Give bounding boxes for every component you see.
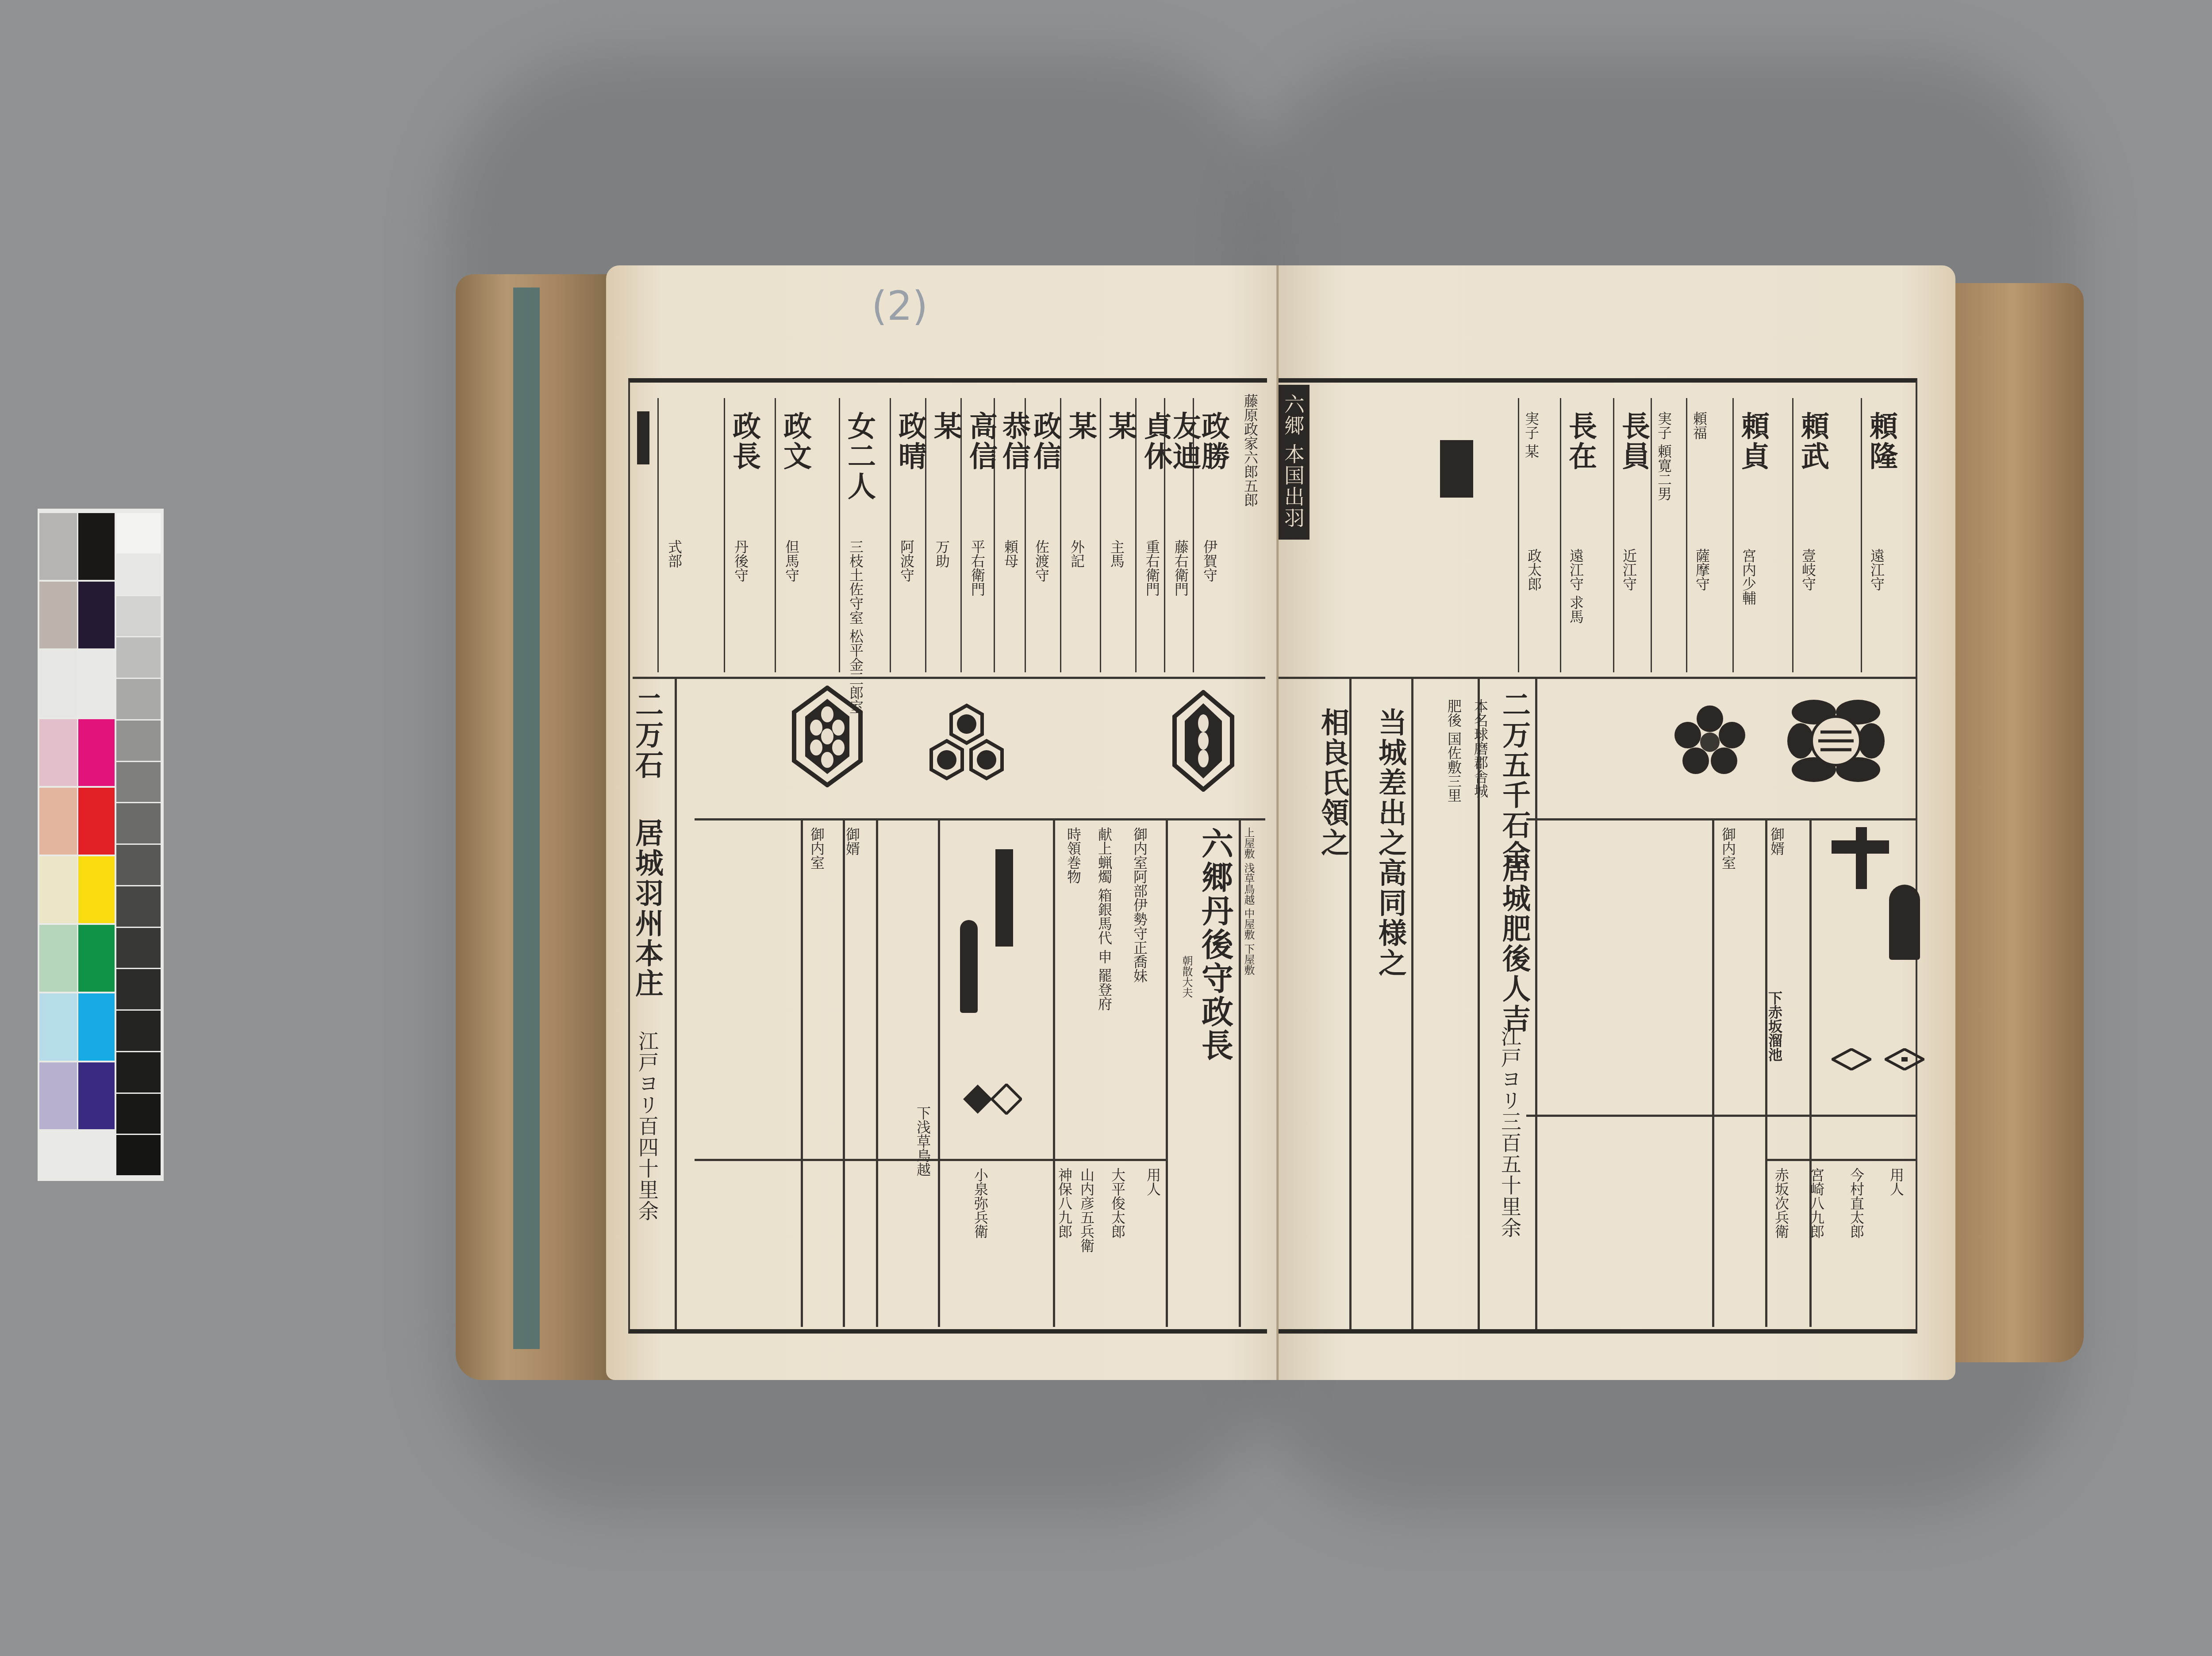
lineage-name: 某 bbox=[1106, 411, 1134, 441]
cross-banner-pole-icon bbox=[1856, 827, 1867, 889]
lineage-title: 頼母 bbox=[1003, 540, 1018, 568]
open-book: (2) 藤原政家六郎五郎 二万石 居城羽州本庄 江戸ヨリ百四十里余 bbox=[456, 265, 2084, 1407]
diamond-seal-icon bbox=[962, 1084, 993, 1115]
spear-banner-icon bbox=[995, 849, 1013, 947]
lineage-name: 某 bbox=[1066, 411, 1094, 441]
gray-step-swatch bbox=[116, 969, 161, 1009]
color-swatch bbox=[39, 856, 77, 923]
lineage-name: 政長 bbox=[730, 411, 758, 471]
lineage-title: 政太郎 bbox=[1527, 548, 1541, 591]
lineage-name: 高信 bbox=[967, 411, 995, 471]
lineage-name: 某 bbox=[931, 411, 960, 441]
lineage-title: 式部 bbox=[667, 540, 681, 568]
retainer-name: 用人 bbox=[1889, 1168, 1903, 1196]
left-castle: 居城羽州本庄 bbox=[633, 818, 661, 999]
grid-rule bbox=[1349, 679, 1352, 1329]
color-swatch bbox=[39, 993, 77, 1060]
binding-cloth bbox=[513, 287, 540, 1349]
gray-step-swatch bbox=[116, 721, 161, 761]
gray-step-swatch bbox=[116, 886, 161, 927]
grid-rule bbox=[695, 1159, 1168, 1161]
grid-rule bbox=[1053, 818, 1055, 1327]
lineage-name: 頼武 bbox=[1798, 411, 1827, 471]
grid-rule bbox=[1526, 1115, 1916, 1117]
diamond-outline-seal-icon bbox=[991, 1084, 1022, 1115]
gray-step-swatch bbox=[116, 679, 161, 719]
left-lord-name: 六郷丹後守政長 bbox=[1199, 827, 1231, 1062]
household-entry: 御婿 bbox=[1770, 827, 1784, 855]
color-swatch bbox=[39, 788, 77, 855]
grid-rule bbox=[1411, 679, 1413, 1329]
spear-head-icon bbox=[1889, 885, 1920, 960]
lineage-title: 宮内少輔 bbox=[1741, 548, 1755, 605]
grid-rule bbox=[1712, 818, 1714, 1327]
right-castle: 居城肥後人吉 bbox=[1500, 854, 1528, 1034]
lineage-title: 伊賀守 bbox=[1202, 540, 1217, 582]
color-swatch bbox=[39, 925, 77, 992]
lineage-title: 三枝土佐守室 松平金三郎室 bbox=[849, 540, 863, 714]
grid-rule bbox=[1535, 679, 1537, 1329]
genealogy-header: 藤原政家六郎五郎 bbox=[1243, 394, 1257, 507]
gray-step-swatch bbox=[116, 1094, 161, 1134]
lineage-title: 近江守 bbox=[1622, 548, 1636, 591]
lineage-title: 藤右衛門 bbox=[1174, 540, 1188, 596]
lineage-name: 政晴 bbox=[896, 411, 924, 471]
gray-step-swatch bbox=[116, 803, 161, 843]
lineage-name: 政勝 bbox=[1199, 411, 1227, 471]
diamond-outline-seal-icon bbox=[1885, 1048, 1924, 1070]
lineage-name: 政信 bbox=[1031, 411, 1059, 471]
lineage-title: 丹後守 bbox=[733, 540, 748, 582]
grid-rule bbox=[801, 818, 803, 1327]
lineage-title: 阿波守 bbox=[899, 540, 914, 582]
right-page: 六郷 本国出羽 二万五千石余 居城肥後人吉 江戸ヨリ三百五十里余 下赤坂溜池 bbox=[1279, 265, 1955, 1380]
ink-block-marker bbox=[1440, 440, 1473, 498]
lineage-title: 但馬守 bbox=[784, 540, 799, 582]
pencil-page-mark: (2) bbox=[872, 283, 928, 330]
ink-block-marker bbox=[637, 411, 649, 464]
color-swatch bbox=[39, 719, 77, 786]
crest-plum-blossom-icon bbox=[1672, 703, 1747, 778]
retainer-name: 宮崎八九郎 bbox=[1809, 1168, 1824, 1238]
lineage-name: 頼福 bbox=[1692, 411, 1706, 440]
lineage-title: 外記 bbox=[1070, 540, 1084, 568]
right-station: 下赤坂溜池 bbox=[1767, 991, 1782, 1062]
household-entry: 御婿 bbox=[845, 827, 859, 855]
color-swatch bbox=[78, 856, 115, 923]
left-crest-divider bbox=[695, 818, 1265, 820]
lineage-title: 万助 bbox=[935, 540, 949, 568]
color-swatch bbox=[78, 582, 115, 648]
lineage-name: 実子 頼寛二男 bbox=[1657, 411, 1671, 501]
lineage-rule bbox=[657, 398, 659, 672]
grid-rule bbox=[876, 818, 878, 1327]
color-swatch bbox=[39, 650, 77, 717]
left-household-rule bbox=[1166, 818, 1168, 1327]
color-swatch bbox=[78, 925, 115, 992]
crest-wheel-in-plum-icon bbox=[1787, 699, 1885, 783]
spear-head-icon bbox=[960, 920, 978, 1013]
color-swatch bbox=[78, 993, 115, 1060]
color-swatch bbox=[78, 650, 115, 717]
retainer-name: 大平俊太郎 bbox=[1110, 1168, 1125, 1238]
right-stipend: 二万五千石余 bbox=[1500, 690, 1528, 870]
right-crest-divider bbox=[1526, 818, 1916, 820]
lineage-name: 女二人 bbox=[845, 411, 873, 502]
crest-three-hexagons-icon bbox=[925, 703, 1009, 787]
lineage-name: 頼隆 bbox=[1867, 411, 1895, 471]
gray-step-swatch bbox=[116, 513, 161, 553]
color-swatch bbox=[39, 1062, 77, 1129]
color-swatch bbox=[78, 719, 115, 786]
book-fore-edge-left bbox=[456, 274, 624, 1380]
left-distance: 江戸ヨリ百四十里余 bbox=[637, 1031, 657, 1222]
gray-step-swatch bbox=[116, 762, 161, 802]
grid-rule bbox=[1765, 1159, 1916, 1161]
lineage-name: 貞休 bbox=[1141, 411, 1170, 471]
diamond-seal-icon bbox=[1832, 1048, 1871, 1070]
left-upper-divider bbox=[633, 677, 1265, 679]
color-swatch bbox=[78, 788, 115, 855]
lineage-name: 実子 某 bbox=[1524, 411, 1538, 458]
left-stipend-rule bbox=[675, 679, 677, 1329]
grid-rule bbox=[843, 818, 845, 1327]
gray-step-swatch bbox=[116, 928, 161, 968]
lineage-rule bbox=[1861, 398, 1862, 672]
household-entry: 御内室阿部伊勢守正喬妹 bbox=[1133, 827, 1147, 983]
left-lord-rule bbox=[1239, 818, 1241, 1327]
color-swatch bbox=[39, 582, 77, 648]
lineage-rule bbox=[775, 398, 776, 672]
domain-note: 肥後 国佐敷三里 bbox=[1447, 699, 1461, 802]
lineage-rule bbox=[1100, 398, 1101, 672]
retainer-name: 神保八九郎 bbox=[1057, 1168, 1071, 1238]
retainer-name: 赤坂次兵衛 bbox=[1774, 1168, 1788, 1238]
lineage-name: 友迪 bbox=[1170, 411, 1198, 471]
left-marginal-note: 上屋敷 浅草鳥越 中屋敷 下屋敷 bbox=[1243, 827, 1254, 975]
right-section-header: 六郷 本国出羽 bbox=[1283, 394, 1303, 529]
lineage-rule bbox=[890, 398, 891, 672]
lineage-title: 佐渡守 bbox=[1034, 540, 1048, 582]
gray-step-swatch bbox=[116, 845, 161, 885]
crest-hexagon-dots-icon bbox=[1172, 690, 1234, 792]
color-swatch bbox=[78, 513, 115, 580]
lineage-title: 壹岐守 bbox=[1801, 548, 1815, 591]
gray-step-swatch bbox=[116, 555, 161, 595]
lineage-name: 長在 bbox=[1566, 411, 1594, 471]
domain-note: 相良氏領之 bbox=[1318, 708, 1347, 858]
color-swatch bbox=[78, 1062, 115, 1129]
lineage-name: 長員 bbox=[1619, 411, 1647, 471]
lineage-rule bbox=[1613, 398, 1614, 672]
right-upper-divider bbox=[1279, 677, 1916, 679]
lineage-rule bbox=[1792, 398, 1793, 672]
book-fore-edge-right bbox=[1942, 283, 2084, 1362]
lineage-name: 政文 bbox=[781, 411, 809, 471]
lineage-title: 薩摩守 bbox=[1695, 548, 1709, 591]
grid-rule bbox=[1809, 818, 1812, 1327]
grid-rule bbox=[1765, 818, 1767, 1327]
lineage-rule bbox=[1686, 398, 1687, 672]
household-entry: 献上蝋燭 箱銀馬代 申 罷登府 bbox=[1097, 827, 1111, 1011]
lineage-rule bbox=[1518, 398, 1519, 672]
lineage-name: 頼貞 bbox=[1739, 411, 1767, 471]
gray-step-swatch bbox=[116, 637, 161, 678]
lineage-title: 平右衛門 bbox=[970, 540, 984, 596]
lineage-title: 重右衛門 bbox=[1145, 540, 1159, 596]
household-entry: 時領巻物 bbox=[1066, 827, 1080, 884]
lineage-title: 遠江守 求馬 bbox=[1569, 548, 1583, 624]
domain-note: 当城差出之高同様之 bbox=[1376, 708, 1404, 978]
lineage-name: 恭信 bbox=[1000, 411, 1028, 471]
lineage-rule bbox=[1560, 398, 1561, 672]
retainer-name: 小泉弥兵衛 bbox=[973, 1168, 987, 1238]
color-swatch bbox=[39, 513, 77, 580]
lineage-rule bbox=[1732, 398, 1734, 672]
left-station: 下浅草鳥越 bbox=[916, 1106, 930, 1177]
grid-rule bbox=[938, 818, 940, 1327]
retainer-name: 今村直太郎 bbox=[1849, 1168, 1863, 1238]
color-checker-card bbox=[38, 509, 164, 1181]
lineage-rule bbox=[1651, 398, 1652, 672]
gray-step-swatch bbox=[116, 1011, 161, 1051]
retainer-name: 山内彦五兵衛 bbox=[1079, 1168, 1094, 1253]
household-entry: 御内室 bbox=[1721, 827, 1735, 870]
lineage-rule bbox=[724, 398, 725, 672]
left-page: (2) 藤原政家六郎五郎 二万石 居城羽州本庄 江戸ヨリ百四十里余 bbox=[606, 265, 1296, 1380]
lineage-rule bbox=[839, 398, 840, 672]
right-distance: 江戸ヨリ三百五十里余 bbox=[1500, 1026, 1520, 1238]
left-stipend: 二万石 bbox=[633, 690, 661, 780]
gray-step-swatch bbox=[116, 596, 161, 636]
left-lord-rank: 朝散大夫 bbox=[1181, 955, 1192, 998]
household-entry: 御内室 bbox=[810, 827, 824, 870]
lineage-title: 遠江守 bbox=[1870, 548, 1884, 591]
gray-step-swatch bbox=[116, 1052, 161, 1092]
gray-step-swatch bbox=[116, 1135, 161, 1175]
retainer-name: 用人 bbox=[1146, 1168, 1160, 1196]
domain-note: 本名球磨郡舎城 bbox=[1473, 699, 1487, 798]
lineage-title: 主馬 bbox=[1110, 540, 1124, 568]
